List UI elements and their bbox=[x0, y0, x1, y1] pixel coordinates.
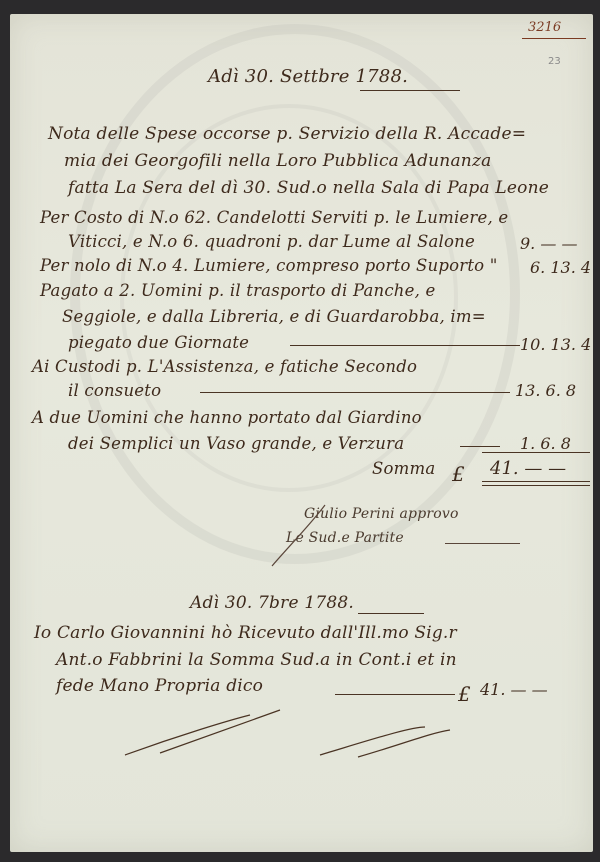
entry-4-line-2: il consueto bbox=[68, 381, 161, 400]
title-line-3: fatta La Sera del dì 30. Sud.o nella Sal… bbox=[68, 178, 549, 198]
folio-number: 23 bbox=[548, 56, 561, 67]
receipt-line-1: Io Carlo Giovannini hò Ricevuto dall'Ill… bbox=[34, 623, 457, 643]
receipt-paraph-flourish bbox=[120, 705, 470, 765]
archive-number: 3216 bbox=[528, 20, 561, 35]
total-label: Somma bbox=[372, 459, 435, 478]
approval-flourish bbox=[270, 500, 330, 570]
total-bottom-rule-1 bbox=[482, 481, 590, 482]
approval-underline bbox=[445, 543, 520, 544]
entry-2-line-1: Per nolo di N.o 4. Lumiere, compreso por… bbox=[40, 256, 498, 275]
entry-5-line-2: dei Semplici un Vaso grande, e Verzura bbox=[68, 434, 404, 453]
entry-5-line-1: A due Uomini che hanno portato dal Giard… bbox=[32, 408, 422, 427]
total-bottom-rule-2 bbox=[482, 485, 590, 486]
receipt-currency-symbol: £ bbox=[458, 682, 471, 706]
entry-1-amount: 9. — — bbox=[520, 234, 577, 253]
heading-date: Adì 30. Settbre 1788. bbox=[208, 66, 408, 87]
entry-2-amount: 6. 13. 4 bbox=[530, 258, 591, 277]
title-line-1: Nota delle Spese occorse p. Servizio del… bbox=[48, 124, 526, 144]
receipt-line-2: Ant.o Fabbrini la Somma Sud.a in Cont.i … bbox=[56, 650, 457, 670]
entry-3-leader-line bbox=[290, 345, 520, 346]
entry-1-line-2: Viticci, e N.o 6. quadroni p. dar Lume a… bbox=[68, 232, 475, 251]
title-line-2: mia dei Georgofili nella Loro Pubblica A… bbox=[64, 151, 491, 171]
entry-3-line-1: Pagato a 2. Uomini p. il trasporto di Pa… bbox=[40, 281, 435, 300]
receipt-amount: 41. — — bbox=[480, 680, 548, 699]
entry-3-amount: 10. 13. 4 bbox=[520, 335, 591, 354]
entry-4-line-1: Ai Custodi p. L'Assistenza, e fatiche Se… bbox=[32, 357, 417, 376]
heading-date-underline bbox=[360, 90, 460, 91]
entry-3-line-3: piegato due Giornate bbox=[68, 333, 249, 352]
receipt-date: Adì 30. 7bre 1788. bbox=[190, 593, 354, 613]
archive-number-underline bbox=[522, 38, 586, 39]
entry-4-leader-line bbox=[200, 392, 510, 393]
total-top-rule bbox=[482, 452, 590, 453]
entry-5-leader-line bbox=[460, 446, 500, 447]
entry-4-amount: 13. 6. 8 bbox=[515, 381, 576, 400]
total-currency-symbol: £ bbox=[452, 462, 465, 486]
entry-3-line-2: Seggiole, e dalla Libreria, e di Guardar… bbox=[62, 307, 486, 326]
receipt-line-3: fede Mano Propria dico bbox=[56, 676, 263, 696]
entry-5-amount: 1. 6. 8 bbox=[520, 434, 571, 453]
entry-1-line-1: Per Costo di N.o 62. Candelotti Serviti … bbox=[40, 208, 508, 227]
receipt-date-underline bbox=[358, 613, 424, 614]
total-amount: 41. — — bbox=[490, 458, 566, 479]
receipt-leader-line bbox=[335, 694, 455, 695]
